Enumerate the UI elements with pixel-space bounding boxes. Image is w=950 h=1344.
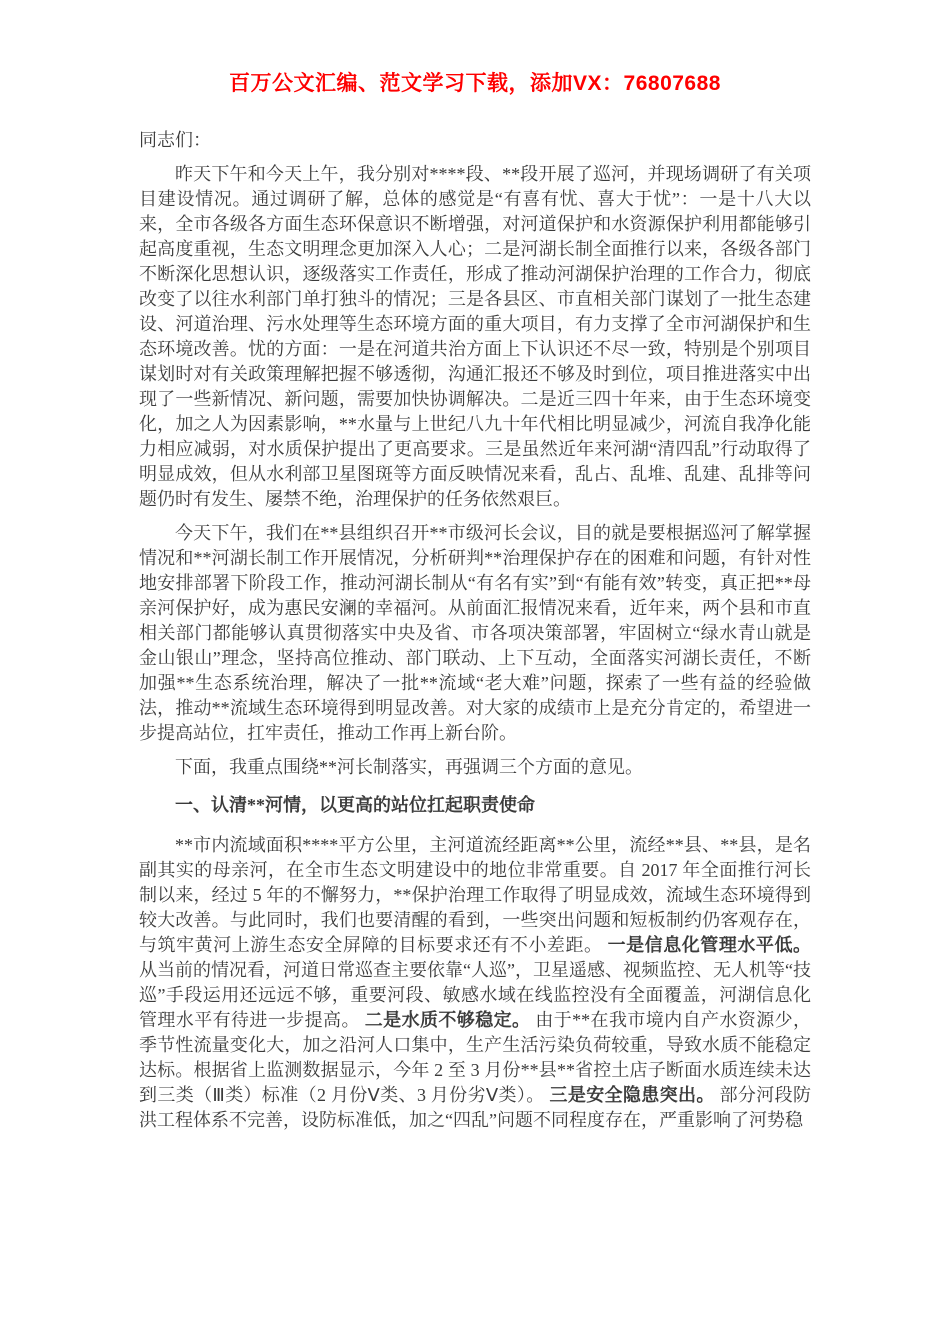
text-run-bold-point-1: 一是信息化管理水平低。 bbox=[608, 935, 811, 955]
paragraph-survey-findings: 昨天下午和今天上午，我分别对****段、**段开展了巡河，并现场调研了有关项目建… bbox=[139, 162, 811, 512]
promo-header-text: 百万公文汇编、范文学习下载，添加VX：76807688 bbox=[0, 0, 950, 97]
paragraph-transition: 下面，我重点围绕**河长制落实，再强调三个方面的意见。 bbox=[139, 755, 811, 780]
paragraph-river-situation: **市内流域面积****平方公里，主河道流经距离**公里，流经**县、**县，是… bbox=[139, 833, 811, 1133]
document-body: 同志们： 昨天下午和今天上午，我分别对****段、**段开展了巡河，并现场调研了… bbox=[139, 128, 811, 1133]
text-run-bold-point-2: 二是水质不够稳定。 bbox=[365, 1010, 531, 1030]
text-run-bold-point-3: 三是安全隐患突出。 bbox=[549, 1085, 714, 1105]
document-page: 百万公文汇编、范文学习下载，添加VX：76807688 同志们： 昨天下午和今天… bbox=[0, 0, 950, 1344]
section-heading-1: 一、认清**河情，以更高的站位扛起职责使命 bbox=[139, 793, 811, 818]
salutation: 同志们： bbox=[139, 128, 811, 153]
paragraph-meeting-purpose: 今天下午，我们在**县组织召开**市级河长会议，目的就是要根据巡河了解掌握情况和… bbox=[139, 521, 811, 746]
